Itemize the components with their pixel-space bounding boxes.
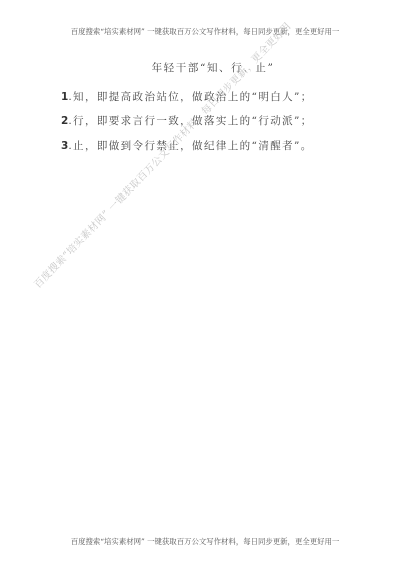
list-item: 3.止，即做到令行禁止，做纪律上的“清醒者”。 bbox=[61, 138, 313, 153]
list-item-text: .知，即提高政治站位，做政治上的“明白人”； bbox=[68, 91, 312, 103]
document-title: 年轻干部“知、行、止” bbox=[0, 60, 410, 75]
page-header-text: 百度搜索“培实素材网” 一键获取百万公文写作材料，每日同步更新，更全更好用一 bbox=[0, 26, 410, 37]
page-footer-text: 百度搜索“培实素材网” 一键获取百万公文写作材料，每日同步更新，更全更好用一 bbox=[0, 536, 410, 547]
list-item: 1.知，即提高政治站位，做政治上的“明白人”； bbox=[61, 89, 313, 104]
list-item-text: .止，即做到令行禁止，做纪律上的“清醒者”。 bbox=[68, 140, 312, 152]
